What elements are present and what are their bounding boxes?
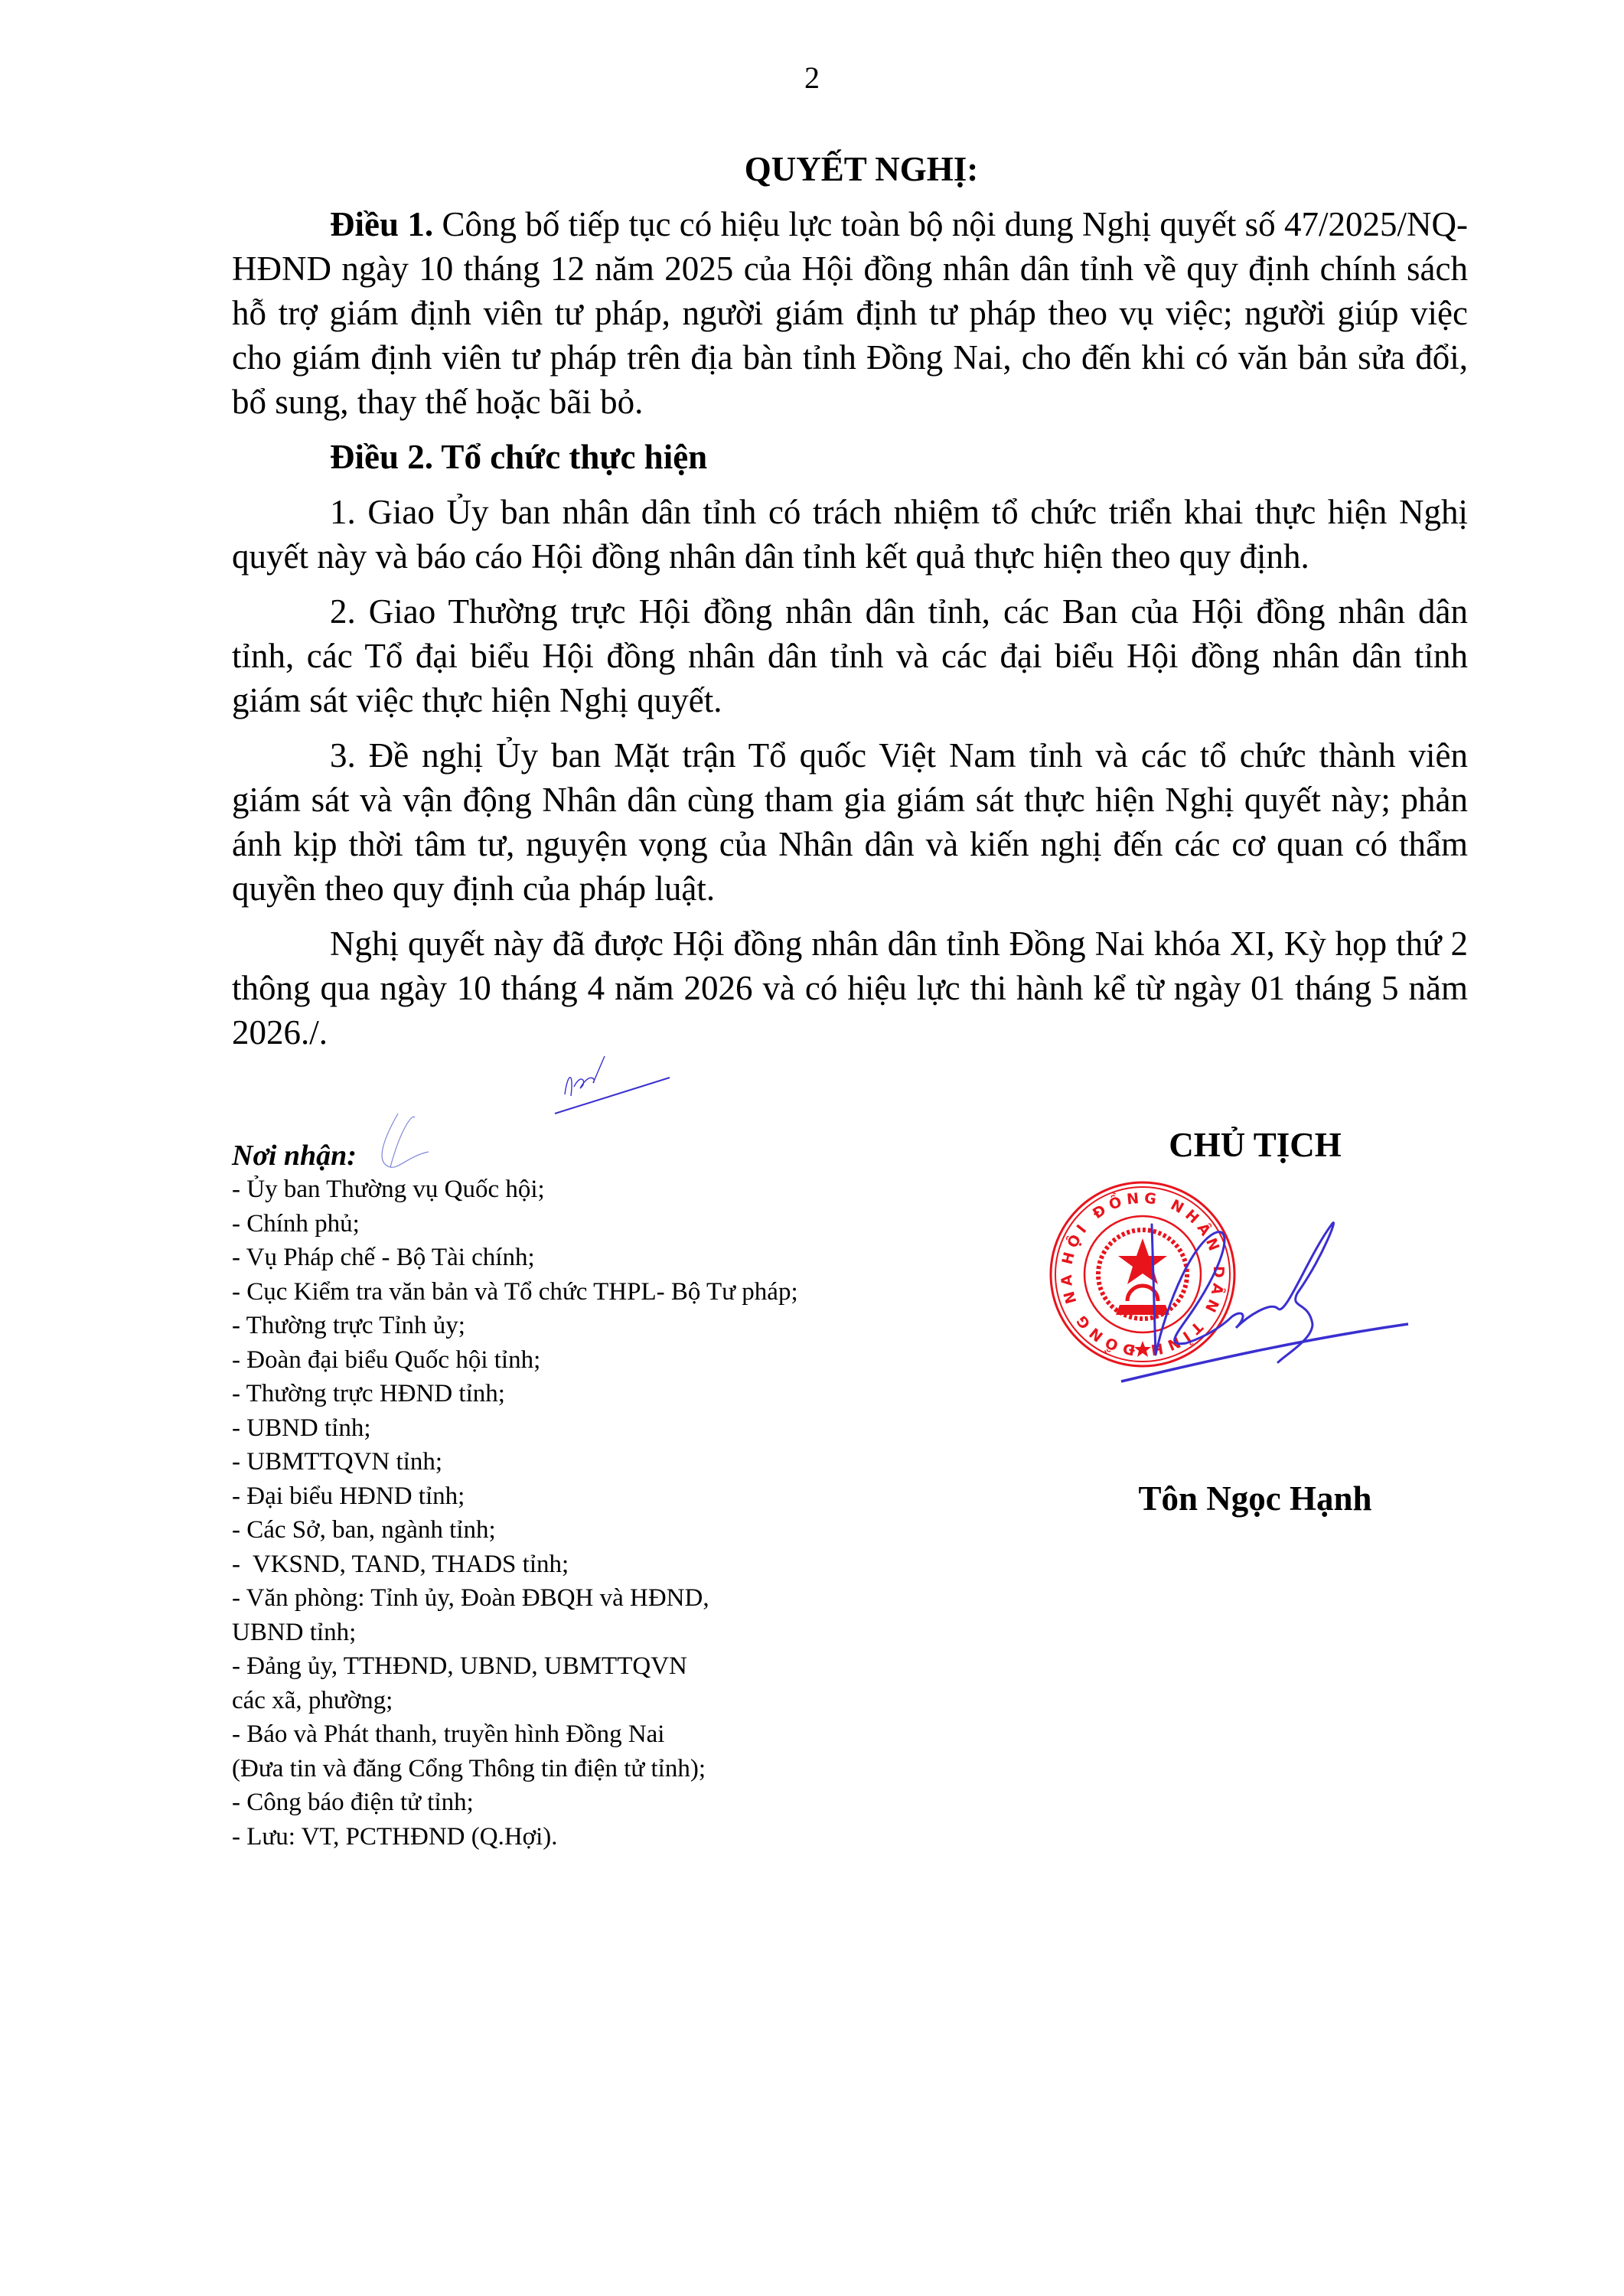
- recipient-item: - Các Sở, ban, ngành tỉnh;: [232, 1513, 921, 1548]
- closing-paragraph: Nghị quyết này đã được Hội đồng nhân dân…: [232, 921, 1468, 1055]
- article-2-clause-3: 3. Đề nghị Ủy ban Mặt trận Tổ quốc Việt …: [232, 733, 1468, 911]
- recipient-item: - Văn phòng: Tỉnh ủy, Đoàn ĐBQH và HĐND,: [232, 1581, 921, 1616]
- recipient-item: UBND tỉnh;: [232, 1616, 921, 1650]
- recipient-item: - Báo và Phát thanh, truyền hình Đồng Na…: [232, 1717, 921, 1752]
- resolution-body: QUYẾT NGHỊ: Điều 1. Công bố tiếp tục có …: [232, 147, 1468, 1055]
- recipient-item: - Chính phủ;: [232, 1207, 921, 1241]
- recipient-item: - Thường trực Tỉnh ủy;: [232, 1309, 921, 1343]
- recipient-item: - Cục Kiểm tra văn bản và Tổ chức THPL- …: [232, 1275, 921, 1309]
- signer-title: CHỦ TỊCH: [1148, 1124, 1362, 1166]
- recipient-item: các xã, phường;: [232, 1684, 921, 1718]
- recipient-item: - Vụ Pháp chế - Bộ Tài chính;: [232, 1241, 921, 1275]
- recipient-item: - Đảng ủy, TTHĐND, UBND, UBMTTQVN: [232, 1649, 921, 1684]
- page-number: 2: [0, 60, 1624, 96]
- signature-icon: [1110, 1209, 1416, 1393]
- recipient-item: - Đoàn đại biểu Quốc hội tỉnh;: [232, 1343, 921, 1378]
- article-2-title: Điều 2. Tổ chức thực hiện: [232, 435, 1468, 479]
- handwritten-initials-icon: [551, 1041, 673, 1117]
- recipients-title: Nơi nhận:: [232, 1139, 921, 1172]
- recipient-item: - Công báo điện tử tỉnh;: [232, 1786, 921, 1820]
- article-1-label: Điều 1.: [330, 205, 433, 243]
- recipient-item: - Đại biểu HĐND tỉnh;: [232, 1479, 921, 1514]
- resolution-heading: QUYẾT NGHỊ:: [232, 147, 1468, 191]
- recipient-item: (Đưa tin và đăng Cổng Thông tin điện tử …: [232, 1752, 921, 1786]
- article-2-clause-2: 2. Giao Thường trực Hội đồng nhân dân tỉ…: [232, 589, 1468, 722]
- recipients-list: Nơi nhận: - Ủy ban Thường vụ Quốc hội; -…: [232, 1139, 921, 1854]
- recipient-item: - UBND tỉnh;: [232, 1411, 921, 1446]
- recipient-item: - Ủy ban Thường vụ Quốc hội;: [232, 1172, 921, 1207]
- recipient-item: - VKSND, TAND, THADS tỉnh;: [232, 1548, 921, 1582]
- recipient-item: - UBMTTQVN tỉnh;: [232, 1445, 921, 1479]
- article-1: Điều 1. Công bố tiếp tục có hiệu lực toà…: [232, 202, 1468, 424]
- recipient-item: - Lưu: VT, PCTHĐND (Q.Hợi).: [232, 1820, 921, 1854]
- recipient-item: - Thường trực HĐND tỉnh;: [232, 1377, 921, 1411]
- article-2-clause-1: 1. Giao Ủy ban nhân dân tỉnh có trách nh…: [232, 490, 1468, 579]
- signer-name: Tôn Ngọc Hạnh: [1087, 1477, 1423, 1520]
